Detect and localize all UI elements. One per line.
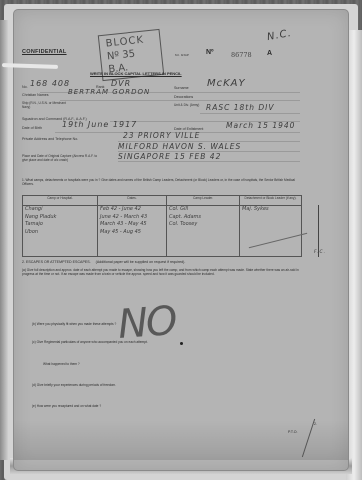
margin-note: F.C. [314,250,326,255]
field-line [200,113,300,114]
surname-value: McKAY [207,78,246,89]
confidential-label: CONFIDENTIAL [22,49,67,55]
camp-cell: Tamajo [25,221,95,229]
serial-number: 86778 [231,51,252,59]
surname-label: Surname [174,86,189,90]
christian-names-value: BERTRAM GORDON [68,88,150,96]
question-c: (c) Give Regimental particulars of anyon… [32,340,148,344]
pto-label: P.T.O. [288,430,298,434]
section2-heading: 2. ESCAPES OR ATTEMPTED ESCAPES. (Additi… [22,260,185,264]
block-stamp-line2: Nº 35 [107,49,136,63]
section1-question: 1. What camps, detachments or hospitals … [22,178,302,186]
number-label: No. [22,85,28,89]
address-label: Private Address and Telephone No. [22,137,78,141]
dates-cell: June 42 - March 43 [100,214,164,222]
binder-strip [0,20,8,460]
capture-value: SINGAPORE 15 FEB 42 [118,152,221,161]
leader-cell: Col. Toosey [169,221,237,229]
column-header-dates: Dates. [98,196,167,206]
dob-value: 19th June 1917 [62,120,137,129]
question-a: (a) Give full description and approx. da… [22,268,304,276]
leader-cell: Col. Gill [169,206,237,214]
number-value: 168 408 [30,79,70,88]
leader-cell: Capt. Adams [169,214,237,222]
capture-label: Place and Date of Original Capture (Airc… [22,155,102,163]
column-header-camp: Camp or Hospital. [23,196,98,206]
dates-cell: May 45 - Aug 45 [100,229,164,237]
table-header-row: Camp or Hospital. Dates. Camp Leader. De… [23,196,302,206]
serial-prefix: Nº [206,49,214,56]
camp-cell: Ubon [25,229,95,237]
field-line [118,161,300,162]
address-line2: MILFORD HAVON S. WALES [118,142,241,151]
block-stamp-line1: BLOCK [105,35,144,50]
folder-edge [346,30,362,480]
rank-value: DVR [111,79,131,88]
block-leader-cell: Maj. Sykes [242,206,299,214]
serial-suffix: A [267,50,272,57]
camp-cell: Changi [25,206,95,214]
section2-note: (Additional paper will be supplied on re… [96,260,186,264]
dates-cell: March 43 - May 45 [100,221,164,229]
camps-table: Camp or Hospital. Dates. Camp Leader. De… [22,195,302,257]
instruction-heading: WRITE IN BLOCK CAPITAL LETTERS IN PENCIL [90,71,182,76]
strike-line [249,233,307,248]
question-b: (b) Were you physically fit when you mad… [32,322,116,326]
table-row: Changi Nang Pladuk Tamajo Ubon Feb 42 - … [23,206,302,257]
decorations-label: Decorations [174,95,193,99]
question-d: (d) Give briefly your experiences during… [32,383,116,387]
column-header-block-leader: Detachment or Block Leader (if any). [240,196,302,206]
ship-label: Ship (R.N., U.S.N. or Merchant Navy) [22,102,66,110]
section2-title: 2. ESCAPES OR ATTEMPTED ESCAPES. [22,260,91,264]
unit-value: RASC 18th DIV [206,103,274,112]
ink-dot [180,342,183,345]
unit-label: Unit & Div. (Army) [174,104,200,108]
question-e: (e) How were you recaptured and on what … [32,404,101,408]
column-header-camp-leader: Camp Leader. [167,196,240,206]
question-c-followup: What happened to them ? [43,362,80,366]
field-line [60,100,300,101]
address-line1: 23 PRIORY VILLE [123,131,200,140]
christian-names-label: Christian Names [22,93,49,97]
camp-cell: Nang Pladuk [25,214,95,222]
page-mark: 2. [314,422,317,426]
page-shadow [14,420,348,460]
enlistment-value: March 15 1940 [226,121,295,130]
dob-label: Date of Birth [22,126,42,130]
dates-cell: Feb 42 - June 42 [100,206,164,214]
form-code: M.I. 9/JAP [175,53,189,57]
